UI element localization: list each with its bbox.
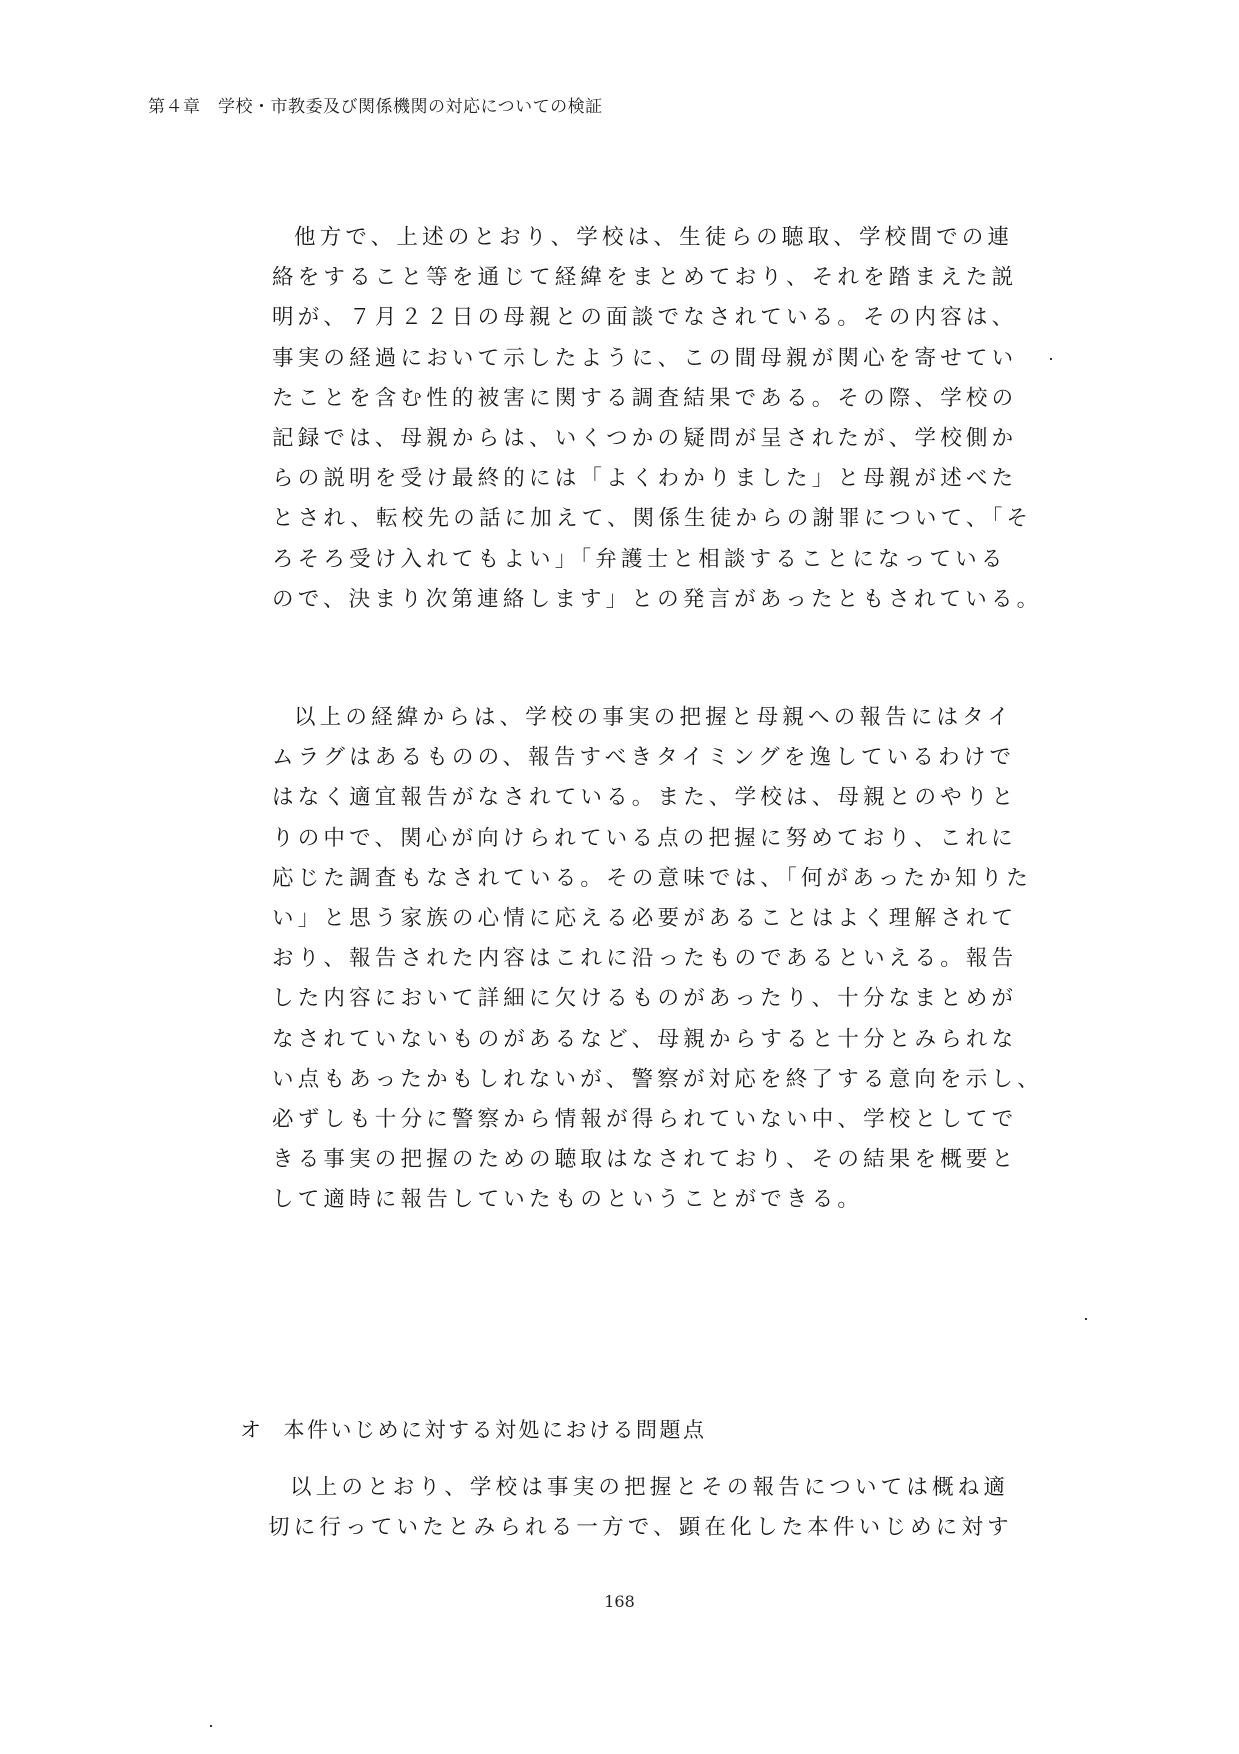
text-line: らの説明を受け最終的には「よくわかりました」と母親が述べた: [272, 459, 1062, 499]
scan-speck: [210, 1725, 212, 1727]
text-line: たことを含む性的被害に関する調査結果である。その際、学校の: [272, 379, 1062, 419]
text-line: い点もあったかもしれないが、警察が対応を終了する意向を示し、: [272, 1060, 1062, 1100]
section-heading: オ本件いじめに対する対処における問題点: [240, 1414, 707, 1444]
text-line: 明が、７月２２日の母親との面談でなされている。その内容は、: [272, 298, 1062, 338]
scan-speck: [1085, 1318, 1087, 1320]
text-line: ムラグはあるものの、報告すべきタイミングを逸しているわけで: [272, 738, 1062, 778]
text-line: い」と思う家族の心情に応える必要があることはよく理解されて: [272, 899, 1062, 939]
section-title: 本件いじめに対する対処における問題点: [284, 1418, 707, 1442]
text-line: した内容において詳細に欠けるものがあったり、十分なまとめが: [272, 979, 1062, 1019]
text-line: はなく適宜報告がなされている。また、学校は、母親とのやりと: [272, 778, 1062, 818]
text-line: ろそろ受け入れてもよい」「弁護士と相談することになっている: [272, 540, 1062, 580]
paragraph-3: 以上のとおり、学校は事実の把握とその報告については概ね適 切に行っていたとみられ…: [268, 1468, 1058, 1548]
scan-speck: [1050, 358, 1052, 360]
text-line: おり、報告された内容はこれに沿ったものであるといえる。報告: [272, 939, 1062, 979]
text-line: 応じた調査もなされている。その意味では、「何があったか知りた: [272, 859, 1062, 899]
text-line: なされていないものがあるなど、母親からすると十分とみられな: [272, 1020, 1062, 1060]
text-line: 必ずしも十分に警察から情報が得られていない中、学校としてで: [272, 1100, 1062, 1140]
text-line: して適時に報告していたものということができる。: [272, 1180, 1062, 1220]
text-line: 以上のとおり、学校は事実の把握とその報告については概ね適: [268, 1468, 1058, 1508]
page-number: 168: [0, 1592, 1239, 1611]
running-header: 第４章 学校・市教委及び関係機関の対応についての検証: [148, 92, 603, 117]
text-line: 記録では、母親からは、いくつかの疑問が呈されたが、学校側か: [272, 419, 1062, 459]
section-marker: オ: [240, 1418, 264, 1442]
text-line: ので、決まり次第連絡します」との発言があったともされている。: [272, 580, 1062, 620]
text-line: 他方で、上述のとおり、学校は、生徒らの聴取、学校間での連: [272, 218, 1062, 258]
text-line: りの中で、関心が向けられている点の把握に努めており、これに: [272, 819, 1062, 859]
text-line: とされ、転校先の話に加えて、関係生徒からの謝罪について、「そ: [272, 499, 1062, 539]
text-line: 絡をすること等を通じて経緯をまとめており、それを踏まえた説: [272, 258, 1062, 298]
text-line: 以上の経緯からは、学校の事実の把握と母親への報告にはタイ: [272, 698, 1062, 738]
document-page: 第４章 学校・市教委及び関係機関の対応についての検証 他方で、上述のとおり、学校…: [0, 0, 1239, 1754]
paragraph-1: 他方で、上述のとおり、学校は、生徒らの聴取、学校間での連 絡をすること等を通じて…: [272, 218, 1062, 620]
text-line: きる事実の把握のための聴取はなされており、その結果を概要と: [272, 1140, 1062, 1180]
text-line: 事実の経過において示したように、この間母親が関心を寄せてい: [272, 339, 1062, 379]
text-line: 切に行っていたとみられる一方で、顕在化した本件いじめに対す: [268, 1508, 1058, 1548]
paragraph-2: 以上の経緯からは、学校の事実の把握と母親への報告にはタイ ムラグはあるものの、報…: [272, 698, 1062, 1220]
